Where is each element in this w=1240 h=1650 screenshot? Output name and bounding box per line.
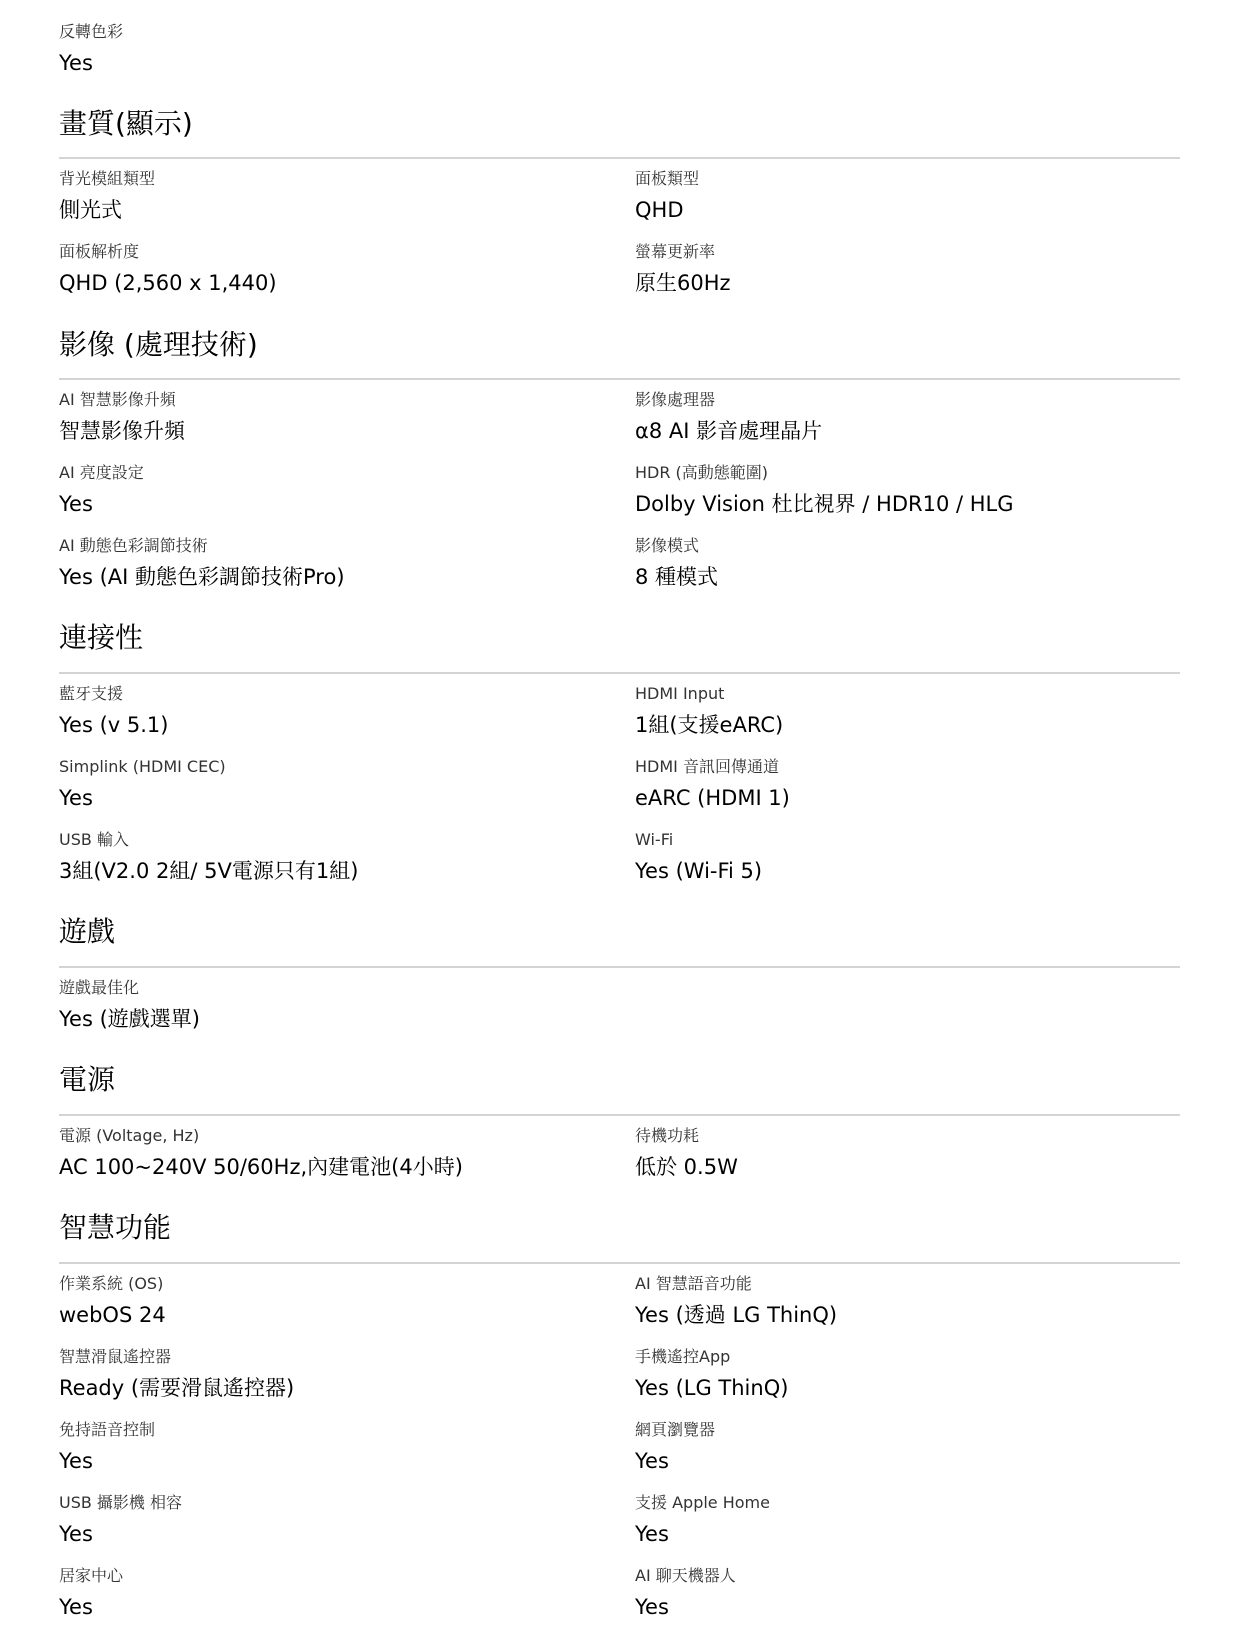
spec-image-processor: 影像處理器 α8 AI 影音處理晶片 xyxy=(635,390,1155,444)
spec-label: 反轉色彩 xyxy=(59,22,579,42)
spec-value: QHD (2,560 x 1,440) xyxy=(59,270,579,296)
spec-label: HDR (高動態範圍) xyxy=(635,463,1155,483)
spec-value: α8 AI 影音處理晶片 xyxy=(635,418,1155,444)
spec-usb-camera: USB 攝影機 相容 Yes xyxy=(59,1493,579,1547)
spec-panel-type: 面板類型 QHD xyxy=(635,169,1155,223)
spec-value: Yes (Wi-Fi 5) xyxy=(635,858,1155,884)
spec-ai-upscaling: AI 智慧影像升頻 智慧影像升頻 xyxy=(59,390,579,444)
spec-value: Yes xyxy=(59,1448,579,1474)
section-title-smart-features: 智慧功能 xyxy=(59,1210,171,1246)
spec-label: USB 輸入 xyxy=(59,830,579,850)
spec-apple-home: 支援 Apple Home Yes xyxy=(635,1493,1155,1547)
spec-value: 3組(V2.0 2組/ 5V電源只有1組) xyxy=(59,858,579,884)
section-divider xyxy=(59,157,1180,159)
spec-operating-system: 作業系統 (OS) webOS 24 xyxy=(59,1274,579,1328)
spec-refresh-rate: 螢幕更新率 原生60Hz xyxy=(635,242,1155,296)
spec-value: Yes xyxy=(635,1521,1155,1547)
spec-value: Yes (遊戲選單) xyxy=(59,1006,579,1032)
spec-hdmi-arc: HDMI 音訊回傳通道 eARC (HDMI 1) xyxy=(635,757,1155,811)
spec-label: 居家中心 xyxy=(59,1566,579,1586)
spec-value: Yes xyxy=(59,1594,579,1620)
spec-usb-input: USB 輸入 3組(V2.0 2組/ 5V電源只有1組) xyxy=(59,830,579,884)
spec-label: HDMI Input xyxy=(635,684,1155,704)
spec-label: 藍牙支援 xyxy=(59,684,579,704)
spec-label: 面板類型 xyxy=(635,169,1155,189)
spec-power-supply: 電源 (Voltage, Hz) AC 100~240V 50/60Hz,內建電… xyxy=(59,1126,579,1180)
spec-label: 智慧滑鼠遙控器 xyxy=(59,1347,579,1367)
spec-invert-colors: 反轉色彩 Yes xyxy=(59,22,579,76)
spec-value: Yes xyxy=(59,50,579,76)
spec-value: Yes xyxy=(59,491,579,517)
spec-value: Yes xyxy=(59,1521,579,1547)
spec-game-optimizer: 遊戲最佳化 Yes (遊戲選單) xyxy=(59,978,579,1032)
spec-panel-resolution: 面板解析度 QHD (2,560 x 1,440) xyxy=(59,242,579,296)
section-divider xyxy=(59,1262,1180,1264)
spec-backlight-type: 背光模組類型 側光式 xyxy=(59,169,579,223)
spec-value: 智慧影像升頻 xyxy=(59,418,579,444)
section-title-power: 電源 xyxy=(59,1062,115,1098)
spec-magic-remote: 智慧滑鼠遙控器 Ready (需要滑鼠遙控器) xyxy=(59,1347,579,1401)
spec-value: Ready (需要滑鼠遙控器) xyxy=(59,1375,579,1401)
spec-label: 待機功耗 xyxy=(635,1126,1155,1146)
spec-home-hub: 居家中心 Yes xyxy=(59,1566,579,1620)
section-divider xyxy=(59,1114,1180,1116)
spec-label: 免持語音控制 xyxy=(59,1420,579,1440)
spec-value: Yes (LG ThinQ) xyxy=(635,1375,1155,1401)
spec-label: 網頁瀏覽器 xyxy=(635,1420,1155,1440)
spec-label: 影像處理器 xyxy=(635,390,1155,410)
spec-mobile-remote-app: 手機遙控App Yes (LG ThinQ) xyxy=(635,1347,1155,1401)
spec-label: 遊戲最佳化 xyxy=(59,978,579,998)
spec-label: AI 智慧影像升頻 xyxy=(59,390,579,410)
spec-value: Yes xyxy=(635,1448,1155,1474)
spec-value: Yes xyxy=(59,785,579,811)
spec-standby-power: 待機功耗 低於 0.5W xyxy=(635,1126,1155,1180)
spec-hdr: HDR (高動態範圍) Dolby Vision 杜比視界 / HDR10 / … xyxy=(635,463,1155,517)
spec-wifi: Wi-Fi Yes (Wi-Fi 5) xyxy=(635,830,1155,884)
spec-bluetooth: 藍牙支援 Yes (v 5.1) xyxy=(59,684,579,738)
spec-value: Yes (透過 LG ThinQ) xyxy=(635,1302,1155,1328)
spec-ai-chatbot: AI 聊天機器人 Yes xyxy=(635,1566,1155,1620)
spec-label: 支援 Apple Home xyxy=(635,1493,1155,1513)
section-title-image-processing: 影像 (處理技術) xyxy=(59,327,258,363)
spec-value: 1組(支援eARC) xyxy=(635,712,1155,738)
spec-label: 面板解析度 xyxy=(59,242,579,262)
spec-value: Dolby Vision 杜比視界 / HDR10 / HLG xyxy=(635,491,1155,517)
section-title-gaming: 遊戲 xyxy=(59,914,115,950)
spec-value: 原生60Hz xyxy=(635,270,1155,296)
spec-value: 低於 0.5W xyxy=(635,1154,1155,1180)
spec-value: 側光式 xyxy=(59,197,579,223)
spec-picture-modes: 影像模式 8 種模式 xyxy=(635,536,1155,590)
spec-label: 作業系統 (OS) xyxy=(59,1274,579,1294)
section-title-connectivity: 連接性 xyxy=(59,620,143,656)
spec-label: HDMI 音訊回傳通道 xyxy=(635,757,1155,777)
spec-value: QHD xyxy=(635,197,1155,223)
spec-label: AI 動態色彩調節技術 xyxy=(59,536,579,556)
spec-label: Wi-Fi xyxy=(635,830,1155,850)
spec-ai-voice: AI 智慧語音功能 Yes (透過 LG ThinQ) xyxy=(635,1274,1155,1328)
section-title-display-quality: 畫質(顯示) xyxy=(59,106,193,142)
spec-value: 8 種模式 xyxy=(635,564,1155,590)
spec-value: Yes (AI 動態色彩調節技術Pro) xyxy=(59,564,579,590)
spec-label: 手機遙控App xyxy=(635,1347,1155,1367)
spec-hdmi-input: HDMI Input 1組(支援eARC) xyxy=(635,684,1155,738)
spec-hands-free-voice: 免持語音控制 Yes xyxy=(59,1420,579,1474)
spec-ai-dynamic-tone: AI 動態色彩調節技術 Yes (AI 動態色彩調節技術Pro) xyxy=(59,536,579,590)
spec-web-browser: 網頁瀏覽器 Yes xyxy=(635,1420,1155,1474)
section-divider xyxy=(59,378,1180,380)
spec-value: Yes (v 5.1) xyxy=(59,712,579,738)
spec-ai-brightness: AI 亮度設定 Yes xyxy=(59,463,579,517)
spec-label: 螢幕更新率 xyxy=(635,242,1155,262)
spec-label: AI 智慧語音功能 xyxy=(635,1274,1155,1294)
spec-value: AC 100~240V 50/60Hz,內建電池(4小時) xyxy=(59,1154,579,1180)
spec-label: Simplink (HDMI CEC) xyxy=(59,757,579,777)
spec-label: 背光模組類型 xyxy=(59,169,579,189)
section-divider xyxy=(59,672,1180,674)
spec-label: 電源 (Voltage, Hz) xyxy=(59,1126,579,1146)
spec-value: eARC (HDMI 1) xyxy=(635,785,1155,811)
section-divider xyxy=(59,966,1180,968)
spec-label: AI 亮度設定 xyxy=(59,463,579,483)
spec-simplink: Simplink (HDMI CEC) Yes xyxy=(59,757,579,811)
spec-label: AI 聊天機器人 xyxy=(635,1566,1155,1586)
spec-label: 影像模式 xyxy=(635,536,1155,556)
spec-label: USB 攝影機 相容 xyxy=(59,1493,579,1513)
spec-value: webOS 24 xyxy=(59,1302,579,1328)
spec-value: Yes xyxy=(635,1594,1155,1620)
